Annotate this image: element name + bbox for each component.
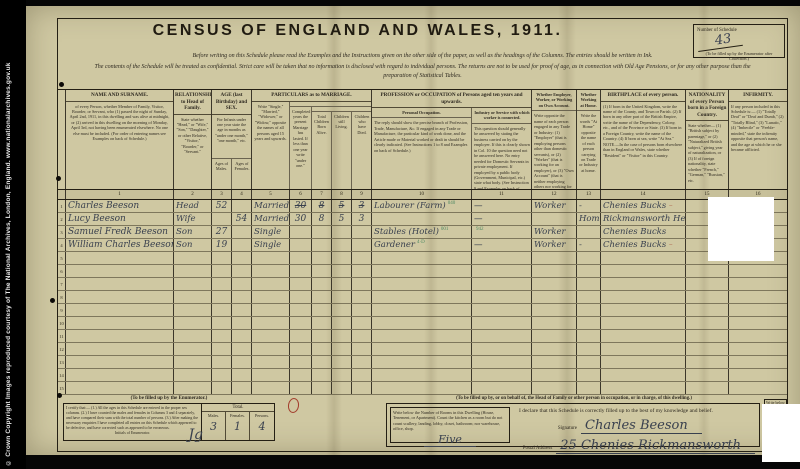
cell-name: Samuel Fredk Beeson [66,226,174,238]
cell-years-married [290,343,312,355]
cell-infirmity [729,369,787,381]
cell-nationality [686,265,729,277]
address-label: Postal Address [519,446,556,451]
cell-marital-status: Married [252,213,290,225]
cell-row-number: 11 [58,330,66,342]
cell-birthplace [601,265,686,277]
cell-children-died [352,252,372,264]
cell-nationality [686,304,729,316]
cell-name [66,356,174,368]
cell-age-male [212,291,232,303]
cell-industry [472,291,532,303]
cell-employer-status [532,278,577,290]
signature-value: Charles Beeson [581,418,702,434]
col-header-age-males: Ages of Males. [212,159,232,189]
cell-children-living [332,382,352,394]
occupation-code: 001 [441,227,449,232]
cell-industry [472,252,532,264]
cell-name [66,369,174,381]
cell-occupation [372,369,472,381]
cell-children-born [312,265,332,277]
table-row: 11 [58,330,787,343]
cell-children-living [332,343,352,355]
cell-children-living [332,330,352,342]
cell-relationship [174,304,212,316]
cell-relationship [174,330,212,342]
cell-name [66,265,174,277]
cell-at-home [577,278,601,290]
punch-hole [57,393,62,398]
enumerator-section-label: (To be filled up by the Enumerator.) [63,396,275,401]
cell-children-died [352,265,372,277]
cell-age-male [212,265,232,277]
census-table: NAME AND SURNAME. of every Person, wheth… [58,89,787,395]
cell-years-married [290,382,312,394]
col-header-birthplace: BIRTHPLACE of every person. (1) If born … [601,90,686,189]
cell-relationship: Son [174,226,212,238]
declaration: I declare that this Schedule is correctl… [519,408,755,454]
cell-name [66,291,174,303]
cell-children-born [312,317,332,329]
cell-industry [472,369,532,381]
cell-age-female [232,317,252,329]
cell-employer-status [532,252,577,264]
industry-code: 942 [476,227,484,232]
cell-age-female [232,291,252,303]
cell-age-male [212,278,232,290]
total-label: Total. [202,404,274,412]
cell-children-living [332,304,352,316]
cell-marital-status [252,317,290,329]
table-row: 8 [58,291,787,304]
cell-employer-status [532,369,577,381]
cell-relationship [174,252,212,264]
cell-age-male [212,356,232,368]
cell-children-born [312,278,332,290]
cell-relationship [174,265,212,277]
cell-birthplace [601,291,686,303]
address-value: 25 Chenies Rickmansworth [556,438,755,454]
cell-children-born [312,291,332,303]
table-row: 3 Samuel Fredk Beeson Son 27 Single Stab… [58,226,787,239]
cell-name [66,278,174,290]
col-header-marital: Write "Single," "Married," "Widower," or… [252,102,290,190]
cell-at-home [577,382,601,394]
cell-age-female [232,226,252,238]
cell-children-died [352,226,372,238]
cell-row-number: 12 [58,343,66,355]
cell-children-living [332,317,352,329]
householder-box: Write below the Number of Rooms in this … [386,403,760,447]
cell-employer-status: Worker [532,226,577,238]
cell-birthplace [601,252,686,264]
cell-infirmity [729,278,787,290]
col-header-occupation: Personal Occupation. The reply should sh… [372,108,472,189]
column-number-row: 1 2 3 4 5 6 7 8 9 10 11 12 13 14 15 16 [58,190,787,200]
cell-children-died: 3 [352,213,372,225]
cell-age-male [212,213,232,225]
address-row: Postal Address 25 Chenies Rickmansworth [519,438,755,454]
cell-occupation [372,382,472,394]
cell-name [66,330,174,342]
cell-children-living [332,265,352,277]
occupation-code: 040 [448,201,456,206]
cell-children-died [352,369,372,381]
cell-industry [472,278,532,290]
birthplace-annotation: – [669,203,672,209]
table-row: 9 [58,304,787,317]
cell-age-female [232,252,252,264]
cell-occupation [372,317,472,329]
cell-occupation [372,304,472,316]
cell-name [66,317,174,329]
cell-relationship: Son [174,239,212,251]
cell-nationality [686,330,729,342]
cell-age-male [212,369,232,381]
cell-employer-status [532,317,577,329]
cell-age-female: 54 [232,213,252,225]
cell-children-living [332,252,352,264]
cell-age-female [232,304,252,316]
females-total: 1 [226,420,250,440]
cell-industry [472,382,532,394]
cell-children-died [352,356,372,368]
cell-children-living [332,356,352,368]
cell-years-married [290,356,312,368]
cell-industry: — [472,200,532,212]
cell-industry: — [472,239,532,251]
cell-age-female [232,265,252,277]
table-row: 15 [58,382,787,395]
cell-employer-status [532,265,577,277]
cell-children-born [312,330,332,342]
cell-children-died [352,278,372,290]
cell-marital-status [252,343,290,355]
cell-infirmity [729,382,787,394]
cell-occupation [372,356,472,368]
cell-children-born [312,239,332,251]
cell-children-died [352,304,372,316]
cell-years-married [290,239,312,251]
cell-nationality [686,343,729,355]
cell-relationship [174,278,212,290]
cell-infirmity [729,291,787,303]
cell-row-number: 7 [58,278,66,290]
cell-employer-status [532,213,577,225]
cell-at-home: - [577,200,601,212]
cell-birthplace [601,382,686,394]
cell-birthplace: Chenies Bucks [601,226,686,238]
birthplace-annotation: – [669,242,672,248]
table-row: 12 [58,343,787,356]
cell-row-number: 2 [58,213,66,225]
signature-row: Signature Charles Beeson [519,418,755,434]
enumerator-certification: I certify that:— (1.) All the ages in th… [64,404,201,440]
cell-marital-status [252,304,290,316]
col-group-age: AGE (last Birthday) and SEX. For Infants… [212,90,252,189]
census-schedule-scan: © Crown Copyright Images reproduced cour… [0,0,800,469]
cell-at-home: Home [577,213,601,225]
cell-nationality [686,382,729,394]
cell-age-female [232,369,252,381]
cell-age-female [232,200,252,212]
cell-marital-status [252,330,290,342]
cell-employer-status [532,304,577,316]
cell-marital-status [252,252,290,264]
cell-industry [472,343,532,355]
cell-years-married [290,226,312,238]
cell-birthplace [601,278,686,290]
cell-years-married [290,291,312,303]
cell-occupation [372,291,472,303]
cell-row-number: 9 [58,304,66,316]
cell-at-home: - [577,239,601,251]
table-row: 6 [58,265,787,278]
cell-children-living [332,291,352,303]
cell-industry: — [472,213,532,225]
cell-age-male: 52 [212,200,232,212]
copyright-strip: © Crown Copyright Images reproduced cour… [0,0,26,469]
cell-children-born: 8 [312,200,332,212]
cell-marital-status [252,369,290,381]
red-check-mark [287,397,300,413]
cell-row-number: 5 [58,252,66,264]
cell-marital-status [252,356,290,368]
cell-children-born [312,252,332,264]
cell-birthplace: Chenies Bucks– [601,200,686,212]
cell-marital-status [252,278,290,290]
col-header-name: NAME AND SURNAME. of every Person, wheth… [66,90,174,189]
cell-at-home [577,304,601,316]
cell-industry [472,356,532,368]
table-row: 14 [58,369,787,382]
cell-marital-status: Single [252,226,290,238]
cell-children-died [352,330,372,342]
cell-nationality [686,356,729,368]
cell-marital-status [252,291,290,303]
cell-nationality [686,278,729,290]
cell-relationship: Head [174,200,212,212]
table-row: 10 [58,317,787,330]
cell-years-married [290,317,312,329]
cell-name: William Charles Beeson [66,239,174,251]
cell-relationship: Wife [174,213,212,225]
cell-row-number: 6 [58,265,66,277]
punch-hole [56,176,61,181]
cell-industry [472,317,532,329]
col-header-relationship: RELATIONSHIP to Head of Family. State wh… [174,90,212,189]
cell-name [66,252,174,264]
cell-age-female [232,382,252,394]
marriage-subgroup: Completed years the present Marriage has… [290,102,372,190]
cell-at-home [577,265,601,277]
cell-occupation: Labourer (Farm)040 [372,200,472,212]
cell-industry [472,304,532,316]
col-group-occupation: PROFESSION or OCCUPATION of Persons aged… [372,90,532,189]
cell-marital-status: Single [252,239,290,251]
cell-name [66,304,174,316]
cell-children-living: 5 [332,213,352,225]
cell-age-male: 19 [212,239,232,251]
table-body: 1 Charles Beeson Head 52 Married 30 8 5 … [58,200,787,395]
cell-occupation: Gardener4·D [372,239,472,251]
cell-employer-status [532,343,577,355]
cell-age-male [212,343,232,355]
enumerator-initials: Jg [188,427,203,445]
instruction-line-1: Before writing on this Schedule please r… [58,53,787,59]
cell-row-number: 13 [58,356,66,368]
col-header-industry: Industry or Service with which worker is… [472,108,532,189]
col-group-marriage: PARTICULARS as to MARRIAGE. Write "Singl… [252,90,372,189]
cell-infirmity [729,265,787,277]
cell-occupation [372,343,472,355]
cell-marital-status: Married [252,200,290,212]
cell-age-male [212,330,232,342]
cell-name: Charles Beeson [66,200,174,212]
cell-industry [472,265,532,277]
cell-birthplace [601,356,686,368]
cell-birthplace [601,317,686,329]
col-header-infirmity: INFIRMITY. If any person included in thi… [729,90,787,189]
cell-children-born [312,343,332,355]
cell-age-female [232,239,252,251]
punch-hole [59,82,64,87]
cell-name: Lucy Beeson [66,213,174,225]
cell-row-number: 10 [58,317,66,329]
col-header-children-living: Children still Living. [332,112,352,190]
cell-infirmity [729,317,787,329]
householder-section-label: (To be filled up by, or on behalf of, th… [386,396,762,401]
cell-at-home [577,291,601,303]
cell-children-born: 8 [312,213,332,225]
rooms-value: Five [393,433,507,447]
males-label: Males. [202,412,226,420]
cell-children-born [312,382,332,394]
cell-infirmity [729,356,787,368]
cell-birthplace [601,304,686,316]
rooms-box: Write below the Number of Rooms in this … [390,407,510,443]
enumerator-box: I certify that:— (1.) All the ages in th… [63,403,275,441]
cell-children-died [352,382,372,394]
cell-employer-status [532,356,577,368]
cell-children-died [352,291,372,303]
cell-years-married: 30 [290,213,312,225]
cell-age-male [212,304,232,316]
cell-children-died [352,343,372,355]
cell-occupation [372,278,472,290]
col-header-children-total: Total Children Born Alive. [312,112,332,190]
table-row: 5 [58,252,787,265]
cell-age-male [212,252,232,264]
cell-employer-status [532,291,577,303]
cell-years-married [290,369,312,381]
cell-birthplace: Rickmansworth HertsNo [601,213,686,225]
cell-birthplace: Chenies Bucks– [601,239,686,251]
cell-children-died [352,317,372,329]
paper: CENSUS OF ENGLAND AND WALES, 1911. Numbe… [26,6,800,455]
schedule-form: CENSUS OF ENGLAND AND WALES, 1911. Numbe… [57,18,788,452]
cell-nationality [686,369,729,381]
cell-age-female [232,343,252,355]
cell-years-married [290,252,312,264]
table-row: 2 Lucy Beeson Wife 54 Married 30 8 5 3 —… [58,213,787,226]
cell-children-died [352,239,372,251]
cell-children-born [312,226,332,238]
cell-infirmity [729,304,787,316]
cell-industry: 942 [472,226,532,238]
copyright-text: © Crown Copyright Images reproduced cour… [5,2,12,466]
cell-age-female [232,356,252,368]
cell-row-number: 8 [58,291,66,303]
persons-label: Persons. [250,412,274,420]
cell-employer-status: Worker [532,200,577,212]
cell-employer-status [532,382,577,394]
instruction-line-2: The contents of the Schedule will be tre… [86,63,759,81]
cell-years-married [290,265,312,277]
cell-relationship [174,291,212,303]
initials-label: Initials of Enumerator. [66,431,199,436]
occupation-code: 4·D [417,240,425,245]
cell-row-number: 14 [58,369,66,381]
cell-children-living [332,239,352,251]
cell-relationship [174,343,212,355]
cell-children-living [332,226,352,238]
cell-birthplace [601,369,686,381]
col-header-nationality: NATIONALITY of every Person born in a Fo… [686,90,729,189]
cell-age-male [212,317,232,329]
row-number-column-header [58,90,66,189]
cell-at-home [577,356,601,368]
col-header-children-died: Children who have Died. [352,112,372,190]
children-subgroup: Total Children Born Alive. Children stil… [312,107,372,190]
punch-hole [50,298,55,303]
schedule-number-value: 43 [696,30,742,52]
cell-row-number: 1 [58,200,66,212]
table-row: 7 [58,278,787,291]
cell-children-born [312,356,332,368]
cell-occupation [372,330,472,342]
redaction-patch-infirmity [708,197,774,261]
totals-block: Total. Males. Females. Persons. 3 1 4 [201,404,274,440]
cell-years-married [290,278,312,290]
table-header: NAME AND SURNAME. of every Person, wheth… [58,90,787,190]
cell-relationship [174,369,212,381]
cell-years-married [290,330,312,342]
col-header-age-females: Ages of Females. [232,159,252,189]
cell-name [66,382,174,394]
table-row: 1 Charles Beeson Head 52 Married 30 8 5 … [58,200,787,213]
cell-nationality [686,317,729,329]
cell-age-female [232,278,252,290]
cell-age-female [232,330,252,342]
cell-employer-status: Worker [532,239,577,251]
col-header-employer: Whether Employer, Worker, or Working on … [532,90,577,189]
cell-relationship [174,317,212,329]
cell-children-born [312,304,332,316]
cell-infirmity [729,330,787,342]
cell-employer-status [532,330,577,342]
cell-years-married [290,304,312,316]
cell-infirmity [729,343,787,355]
cell-relationship [174,382,212,394]
cell-at-home [577,343,601,355]
cell-name [66,343,174,355]
cell-at-home [577,252,601,264]
cell-children-living [332,369,352,381]
cell-marital-status [252,265,290,277]
cell-birthplace [601,330,686,342]
page-title: CENSUS OF ENGLAND AND WALES, 1911. [58,22,657,40]
